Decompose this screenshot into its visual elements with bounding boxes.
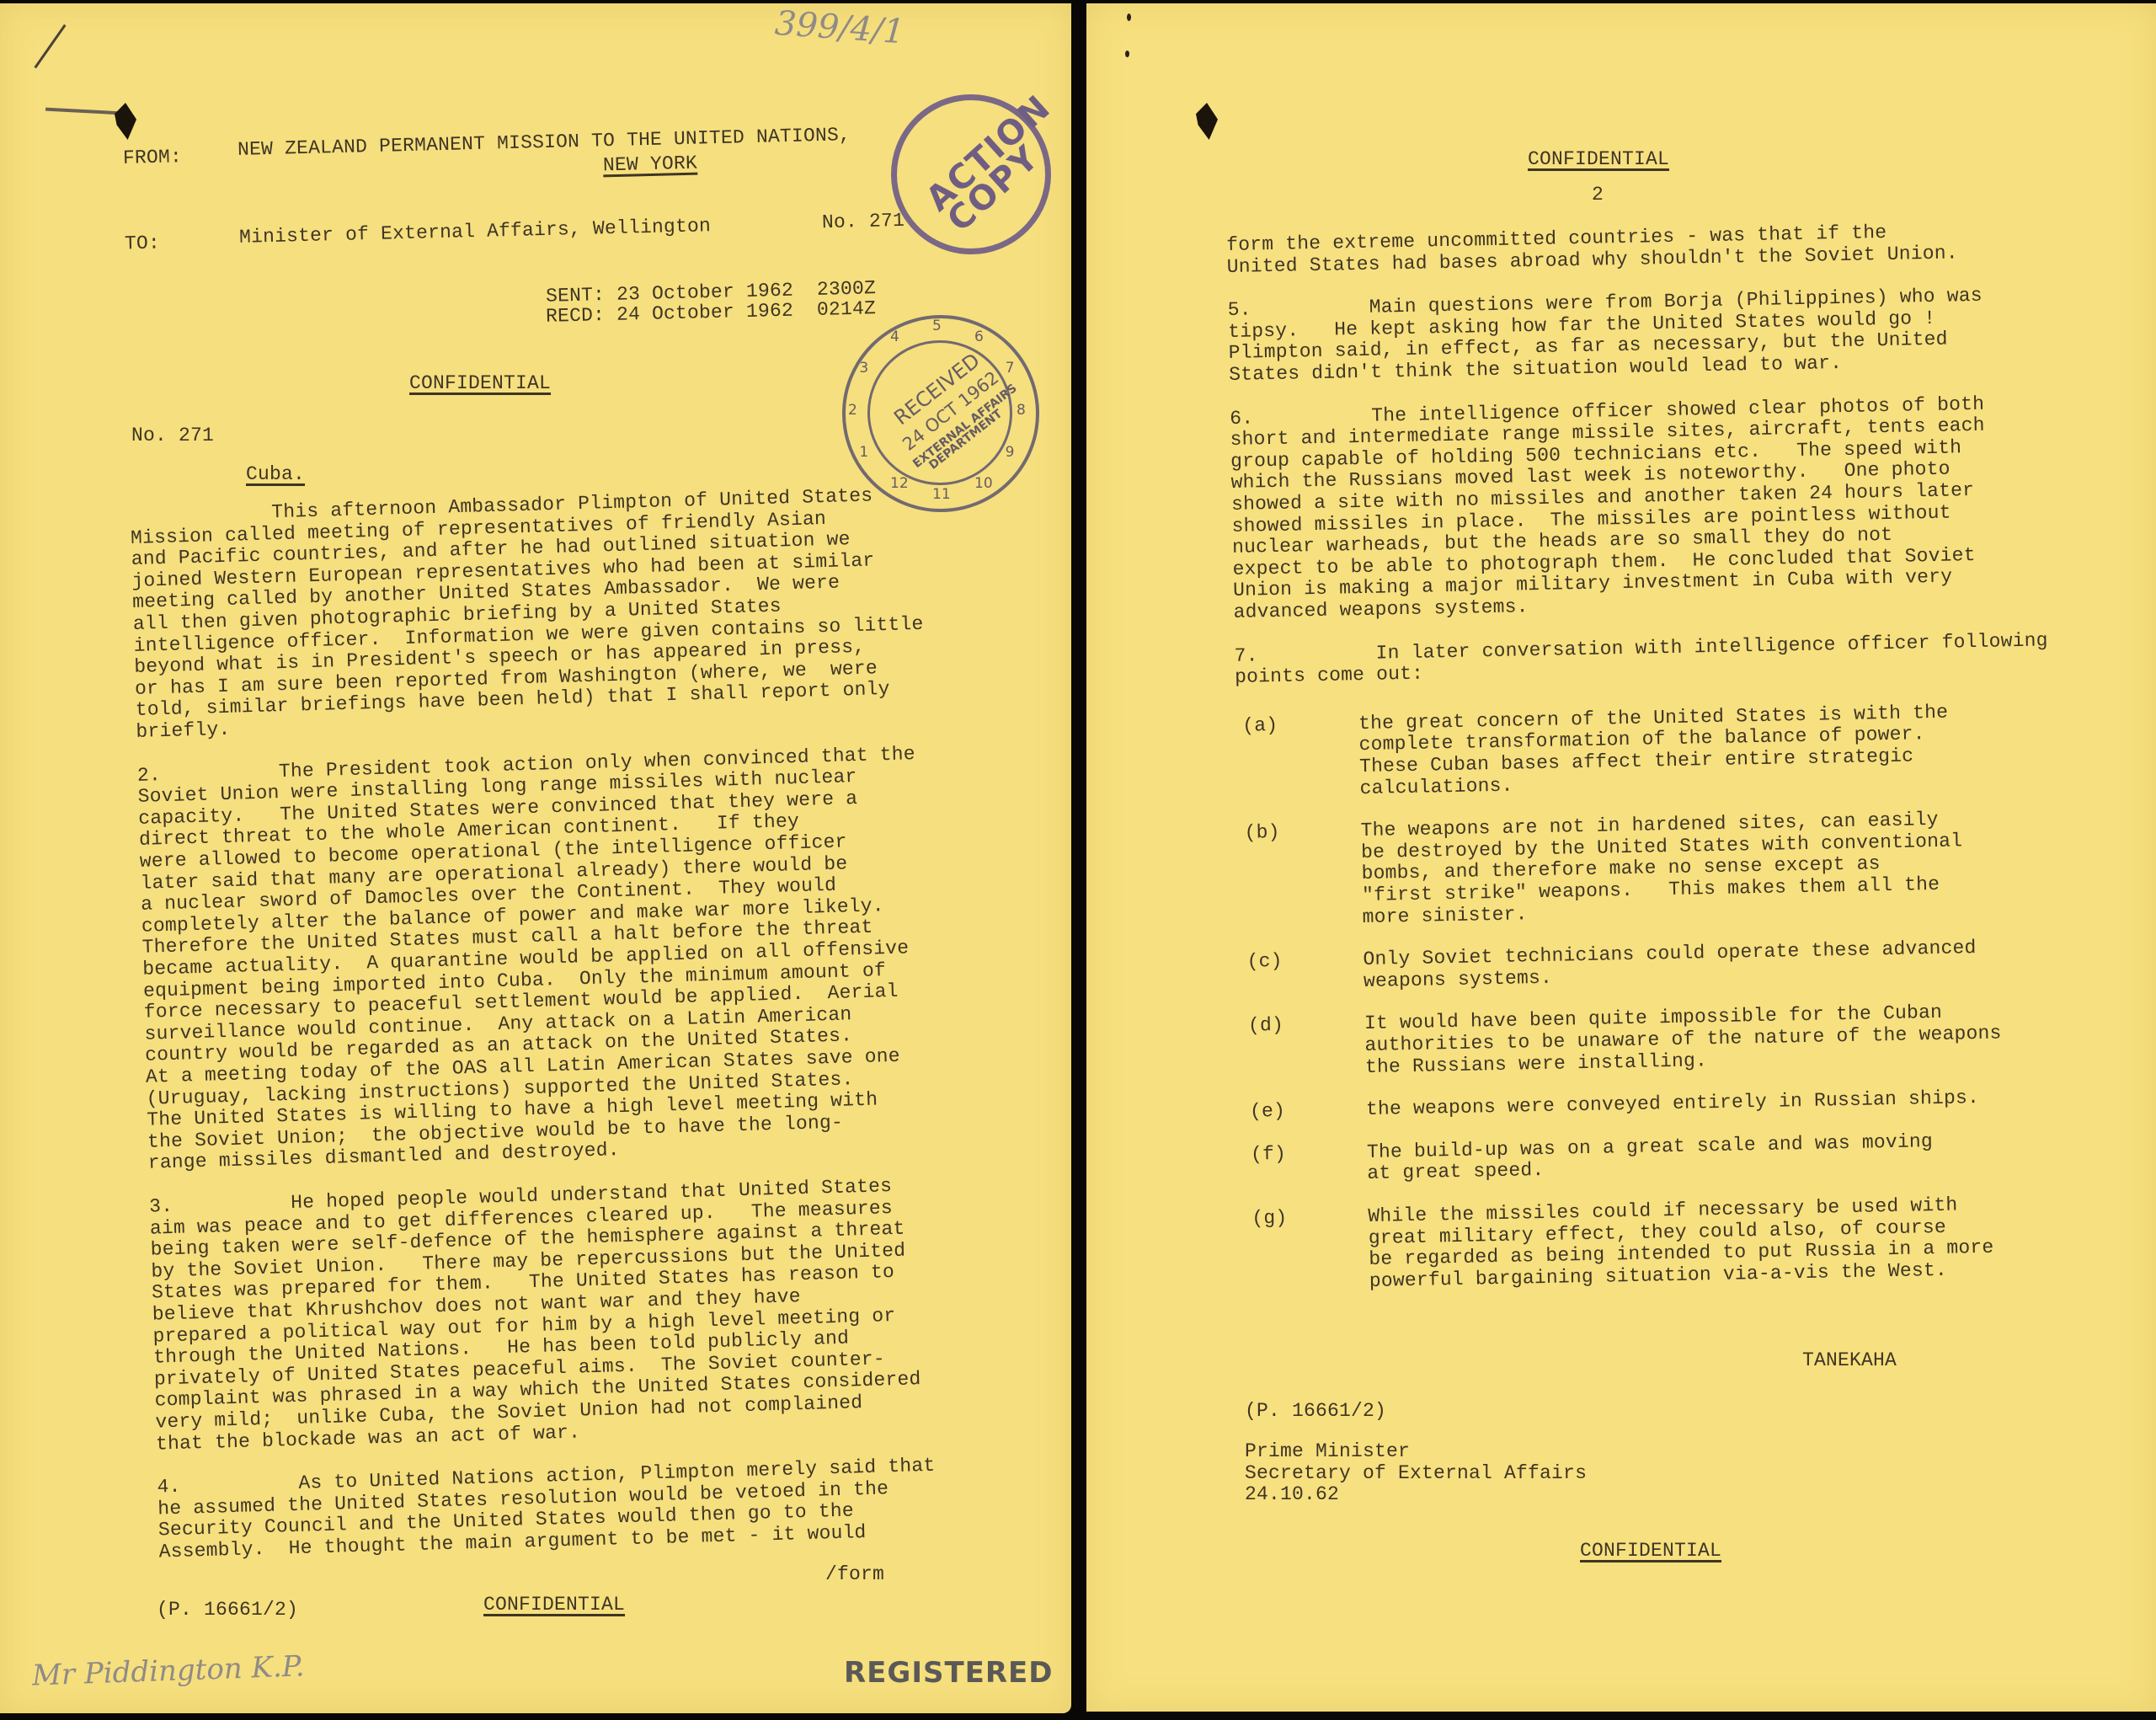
stamp-hour-mark: 9 [1006, 444, 1015, 461]
point-label: (a) [1242, 714, 1278, 737]
to-label: TO: [125, 232, 161, 254]
stamp-hour-mark: 3 [859, 360, 868, 377]
point-label: (f) [1251, 1143, 1287, 1166]
page-number: 2 [1592, 184, 1604, 206]
point-line: more sinister. [1362, 903, 1528, 928]
paragraph-line: points come out: [1235, 663, 1424, 688]
point-line: Only Soviet technicians could operate th… [1363, 937, 1976, 970]
from-label: FROM: [123, 146, 183, 169]
point-line: the weapons were conveyed entirely in Ru… [1366, 1087, 1979, 1120]
stamp-hour-mark: 6 [974, 329, 984, 345]
file-reference-handwritten: 399/4/1 [774, 4, 906, 52]
received-date-stamp: RECEIVED 24 OCT 1962 EXTERNAL AFFAIRS DE… [842, 315, 1039, 512]
punch-hole [115, 103, 136, 140]
paragraph-line: 7. In later conversation with intelligen… [1234, 629, 2047, 667]
from-location: NEW YORK [603, 152, 698, 177]
registered-stamp: REGISTERED [844, 1656, 1054, 1690]
file-reference: (P. 16661/2) [157, 1599, 298, 1621]
point-label: (c) [1246, 950, 1283, 973]
message-number: No. 271 [131, 425, 214, 446]
stamp-hour-mark: 1 [859, 444, 868, 461]
paragraph-line: briefly. [136, 718, 231, 743]
staple-mark [1125, 51, 1129, 57]
stamp-hour-mark: 7 [1006, 360, 1015, 377]
distribution-line: Prime Minister [1245, 1440, 1410, 1462]
paragraph-line: advanced weapons systems. [1233, 596, 1528, 623]
stamp-hour-mark: 10 [974, 475, 993, 492]
handwritten-note: Mr Piddington K.P. [31, 1649, 305, 1692]
classification-footer: CONFIDENTIAL [1580, 1540, 1721, 1562]
stamp-hour-mark: 2 [848, 402, 857, 419]
binder-pin [45, 108, 121, 115]
point-label: (g) [1251, 1207, 1288, 1230]
punch-hole [1196, 103, 1218, 140]
message-number-header: No. 271 [822, 210, 905, 233]
distribution-line: 24.10.62 [1245, 1483, 1339, 1505]
telegram-page-1: 399/4/1 FROM: NEW ZEALAND PERMANENT MISS… [0, 3, 1071, 1713]
stamp-hour-mark: 4 [890, 329, 899, 345]
stamp-hour-mark: 8 [1017, 402, 1026, 419]
point-line: calculations. [1359, 774, 1513, 799]
action-copy-stamp: ACTION COPY [891, 94, 1051, 254]
file-reference: (P. 16661/2) [1245, 1400, 1386, 1422]
stamp-hour-mark: 11 [932, 486, 951, 503]
point-label: (d) [1248, 1014, 1284, 1037]
classification-heading: CONFIDENTIAL [1528, 148, 1669, 170]
telegram-page-2: CONFIDENTIAL 2 form the extreme uncommit… [1086, 3, 2156, 1712]
classification-footer: CONFIDENTIAL [483, 1594, 625, 1616]
from-value: NEW ZEALAND PERMANENT MISSION TO THE UNI… [237, 124, 851, 161]
point-line: weapons systems. [1364, 967, 1553, 992]
subject-heading: Cuba. [246, 463, 305, 485]
point-label: (e) [1250, 1100, 1286, 1123]
point-label: (b) [1244, 821, 1280, 844]
pen-mark [34, 24, 66, 69]
to-value: Minister of External Affairs, Wellington [239, 215, 712, 248]
sender-signature: TANEKAHA [1802, 1349, 1897, 1371]
stamp-hour-mark: 12 [890, 475, 909, 492]
classification-heading: CONFIDENTIAL [409, 372, 551, 394]
point-line: at great speed. [1367, 1159, 1545, 1184]
continuation-marker: /form [825, 1563, 884, 1585]
point-line: The build-up was on a great scale and wa… [1367, 1130, 1933, 1163]
distribution-line: Secretary of External Affairs [1245, 1462, 1587, 1484]
stamp-hour-mark: 5 [932, 318, 942, 334]
staple-mark [1127, 13, 1131, 21]
